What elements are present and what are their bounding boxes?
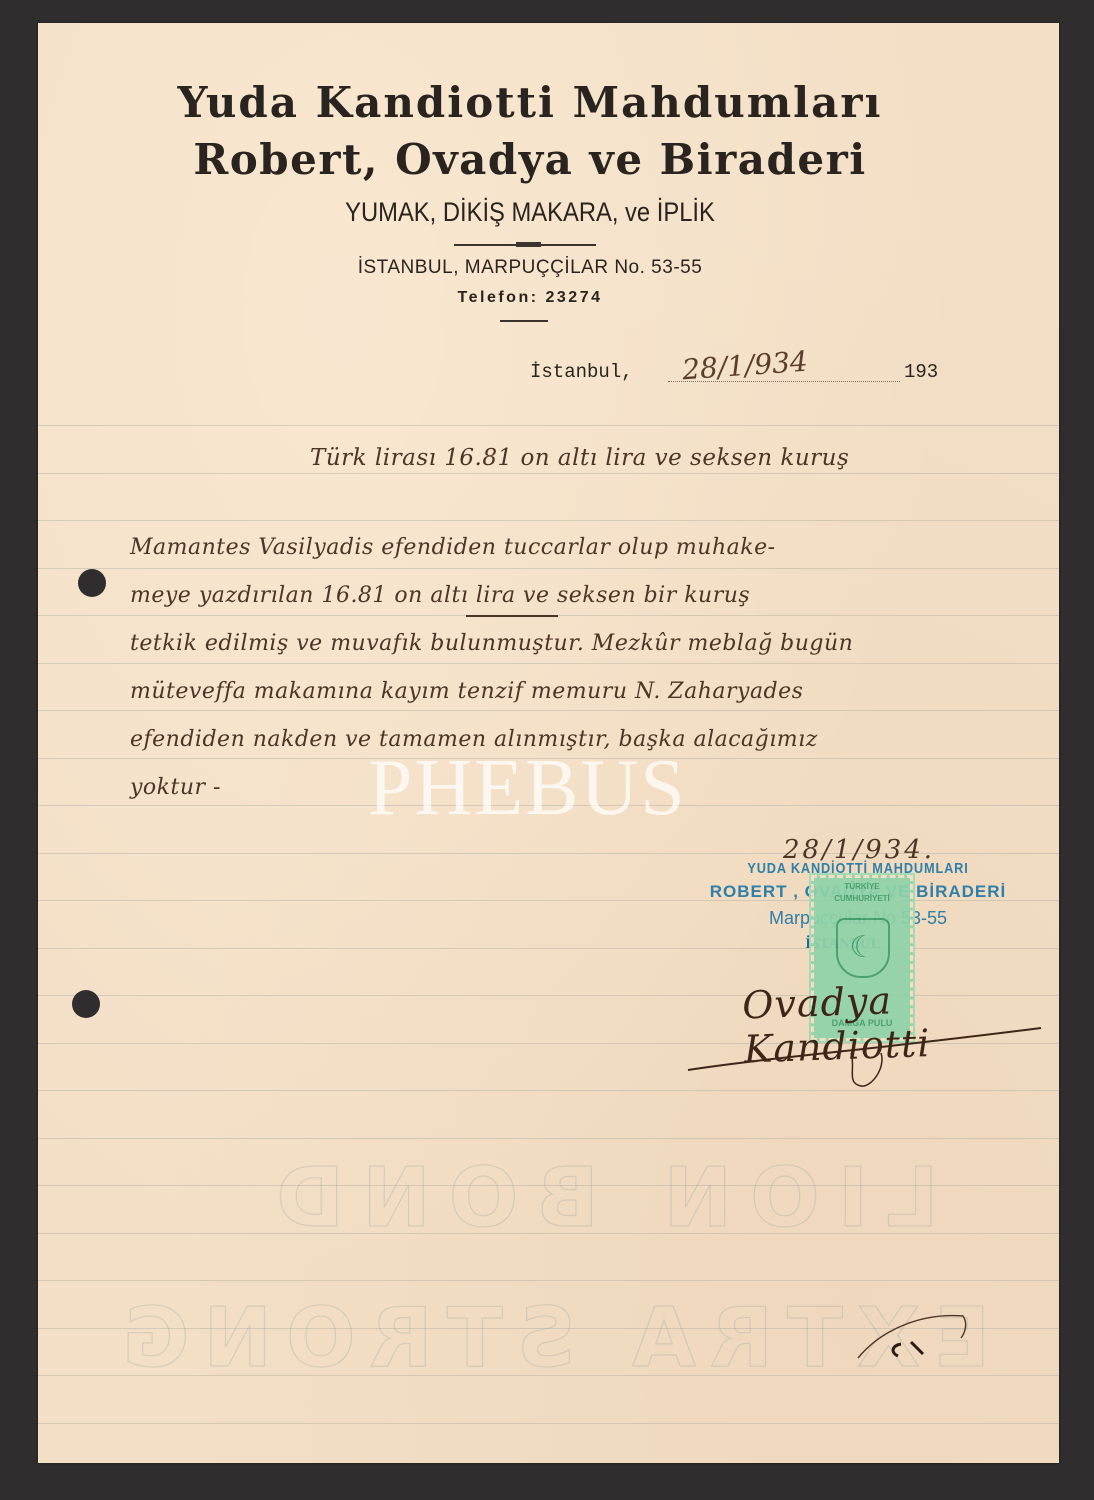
- ruled-line: [38, 710, 1059, 711]
- company-products: YUMAK, DİKİŞ MAKARA, ve İPLİK: [143, 197, 917, 228]
- body-line: tetkik edilmiş ve muvafık bulunmuştur. M…: [130, 631, 853, 656]
- body-line: müteveffa makamına kayım tenzif memuru N…: [130, 679, 803, 704]
- ruled-line: [38, 1280, 1059, 1281]
- ruled-line: [38, 520, 1059, 521]
- body-line: meye yazdırılan 16.81 on altı lira ve se…: [130, 583, 750, 608]
- ruled-line: [38, 425, 1059, 426]
- date-year-prefix: 193: [904, 361, 938, 383]
- punch-hole: [72, 990, 100, 1018]
- signature-flourish-icon: [686, 1008, 1046, 1088]
- company-address: İSTANBUL, MARPUÇÇİLAR No. 53-55: [90, 257, 970, 279]
- document-paper: LION BOND EXTRA STRONG Yuda Kandiotti Ma…: [38, 23, 1059, 1463]
- pencil-mark-icon: [853, 1308, 973, 1368]
- ruled-line: [38, 473, 1059, 474]
- ruled-line: [38, 663, 1059, 664]
- amount-underline: [466, 615, 558, 617]
- body-line: Mamantes Vasilyadis efendiden tuccarlar …: [130, 535, 776, 560]
- revenue-stamp-country: TÜRKİYE: [814, 882, 910, 891]
- body-line: yoktur -: [130, 775, 221, 800]
- divider: [500, 320, 548, 322]
- watermark: PHEBUS: [368, 743, 687, 834]
- date-city-label: İstanbul,: [530, 361, 633, 383]
- ruled-line: [38, 568, 1059, 569]
- company-phone: Telefon: 23274: [90, 289, 970, 307]
- divider: [516, 242, 541, 247]
- star-crescent-icon: ☾: [836, 918, 890, 978]
- revenue-stamp-title: CUMHURİYETİ: [814, 894, 910, 903]
- amount-line: Türk lirası 16.81 on altı lira ve seksen…: [310, 445, 849, 471]
- company-partners: Robert, Ovadya ve Biraderi: [90, 135, 970, 184]
- ruled-line: [38, 1090, 1059, 1091]
- date-row: İstanbul, 28/1/934 193: [530, 353, 950, 393]
- company-name: Yuda Kandiotti Mahdumları: [90, 78, 970, 127]
- ruled-line: [38, 1423, 1059, 1424]
- ruled-line: [38, 1138, 1059, 1139]
- show-through-text: LION BOND: [258, 1151, 939, 1246]
- punch-hole: [78, 569, 106, 597]
